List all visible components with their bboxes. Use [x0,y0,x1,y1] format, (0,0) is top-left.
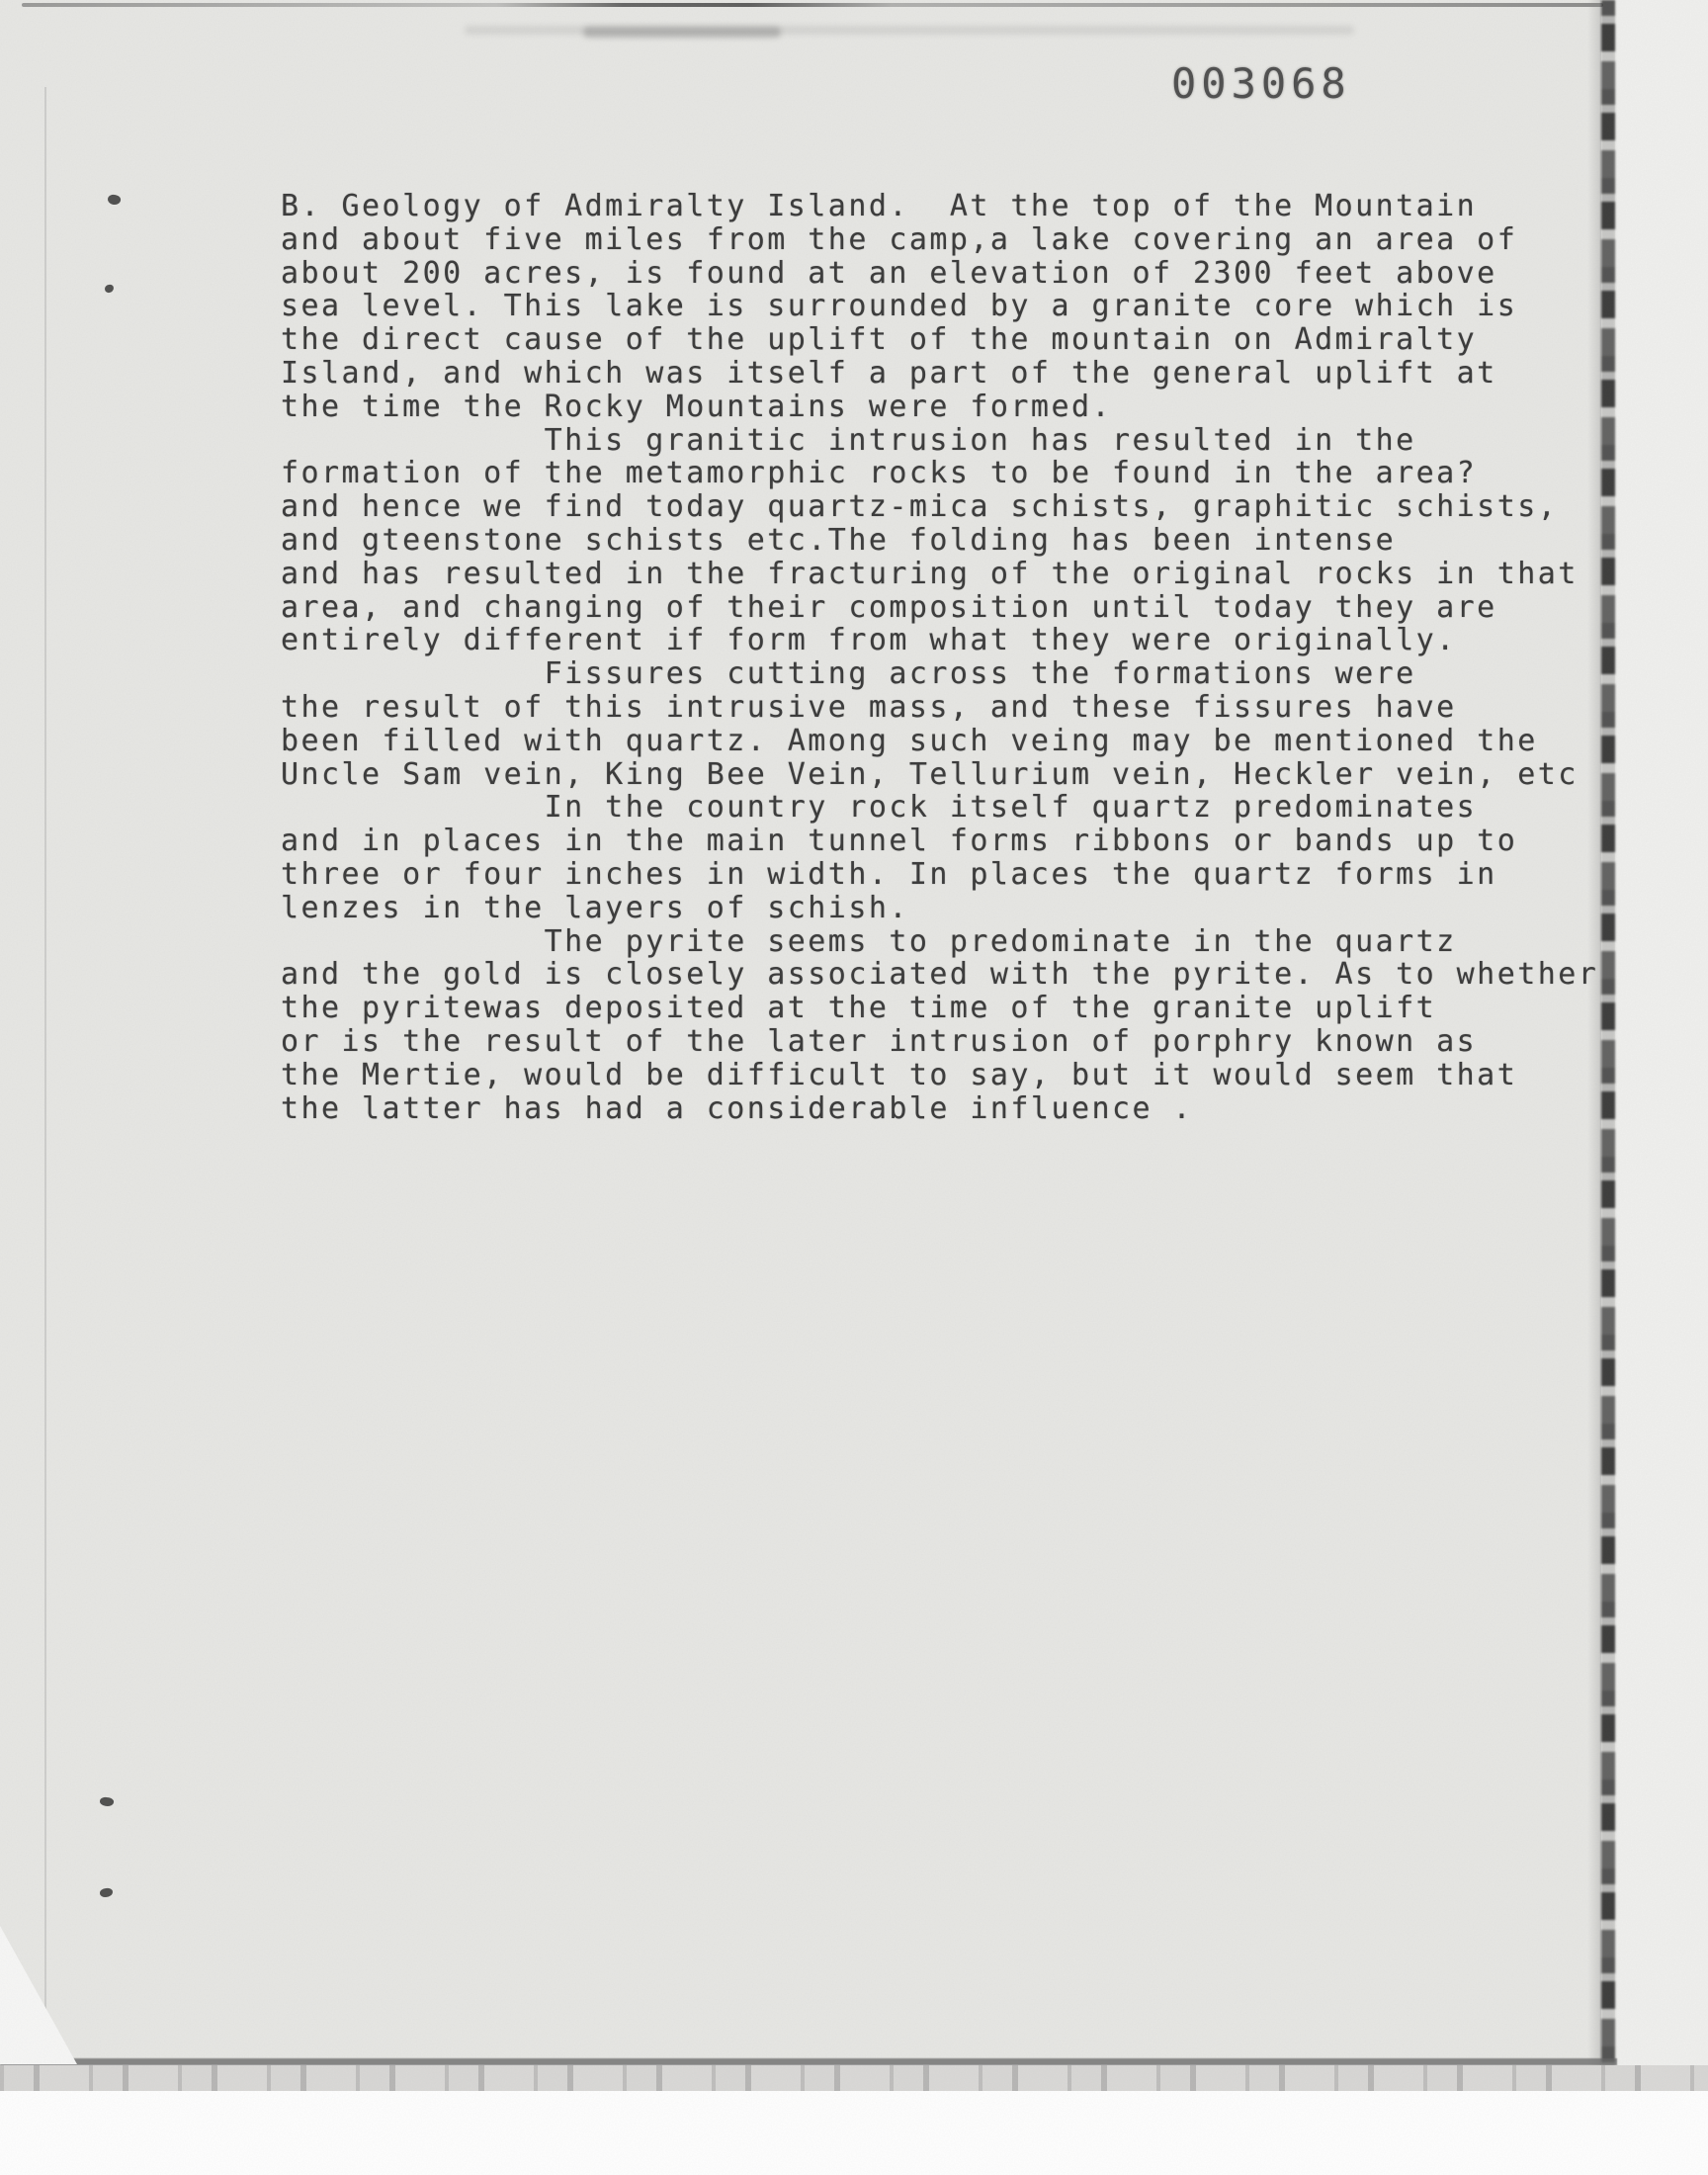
text-line: area, and changing of their composition … [281,591,1598,625]
text-line: entirely different if form from what the… [281,624,1598,657]
text-line: In the country rock itself quartz predom… [281,791,1598,825]
text-line: or is the result of the later intrusion … [281,1025,1598,1059]
scanned-document-page: 003068 B. Geology of Admiralty Island. A… [0,0,1708,2175]
text-line: sea level. This lake is surrounded by a … [281,290,1598,323]
text-line: the time the Rocky Mountains were formed… [281,391,1598,424]
text-line: the pyritewas deposited at the time of t… [281,992,1598,1025]
scan-bottom-band [0,2065,1708,2091]
text-line: The pyrite seems to predominate in the q… [281,925,1598,959]
text-line: and hence we find today quartz-mica schi… [281,490,1598,524]
text-line: been filled with quartz. Among such vein… [281,725,1598,758]
page-bottom-edge [0,2058,1617,2065]
top-smudge-dark-mark [583,27,781,38]
text-line: B. Geology of Admiralty Island. At the t… [281,190,1598,223]
text-line: about 200 acres, is found at an elevatio… [281,257,1598,291]
scan-background-right [1617,0,1708,2175]
text-line: This granitic intrusion has resulted in … [281,424,1598,458]
text-line: the Mertie, would be difficult to say, b… [281,1059,1598,1092]
text-line: lenzes in the layers of schish. [281,892,1598,925]
text-line: and gteenstone schists etc.The folding h… [281,524,1598,558]
text-line: the direct cause of the uplift of the mo… [281,323,1598,357]
text-line: Uncle Sam vein, King Bee Vein, Tellurium… [281,758,1598,792]
text-line: the latter has had a considerable influe… [281,1092,1598,1126]
page-right-torn-edge [1601,0,1615,2175]
page-left-edge [44,87,46,2061]
typewritten-text-block: B. Geology of Admiralty Island. At the t… [281,190,1598,1125]
scan-top-edge [22,3,1603,7]
text-line: and about five miles from the camp,a lak… [281,223,1598,257]
text-line: Fissures cutting across the formations w… [281,657,1598,691]
text-line: and has resulted in the fracturing of th… [281,558,1598,591]
page-number-stamp: 003068 [1171,59,1351,108]
text-line: three or four inches in width. In places… [281,858,1598,892]
bottom-left-corner-curl [0,1926,77,2064]
text-line: Island, and which was itself a part of t… [281,357,1598,391]
text-line: and in places in the main tunnel forms r… [281,825,1598,858]
text-line: and the gold is closely associated with … [281,958,1598,992]
text-line: formation of the metamorphic rocks to be… [281,457,1598,490]
text-line: the result of this intrusive mass, and t… [281,691,1598,725]
scan-bottom-margin [0,2091,1708,2175]
